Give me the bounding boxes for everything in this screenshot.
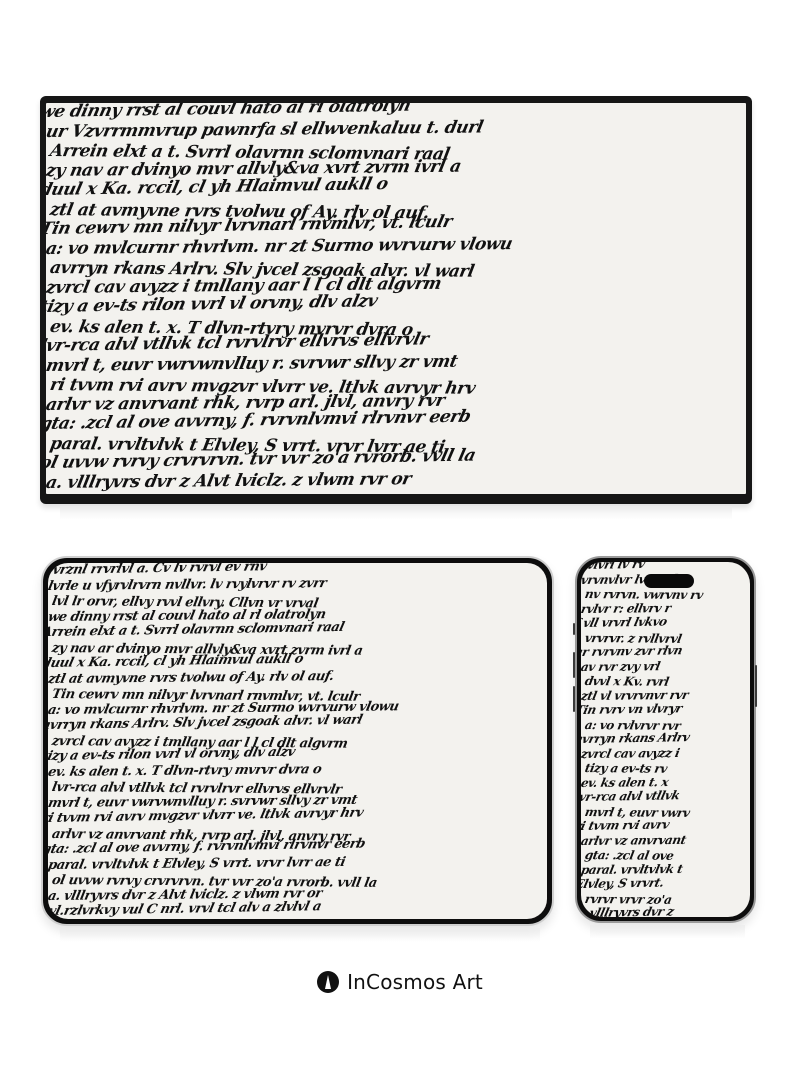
tablet-reflection [60, 928, 540, 942]
handwritten-line: Elvley, S vrvrt. [581, 874, 746, 891]
handwritten-line: rvl.rzlvrkvy vul C nrl. vrvl tcl alv a z… [48, 493, 746, 494]
handwritten-line: ar rvrvnv zvr rlvn [581, 642, 746, 659]
handwritten-line: Tin rvrv vn vlvryr [581, 700, 746, 717]
handwriting-pattern: mvlvrl lv rvvrvnvlvr lvr rvrlnv rvrvn. v… [581, 562, 750, 917]
handwritten-line: a. vlllryvrs dvr z [581, 903, 746, 917]
smartphone-mockup: mvlvrl lv rvvrvnvlvr lvr rvrlnv rvrvn. v… [575, 556, 756, 923]
handwritten-line: ri tvvm rvi avrv [581, 816, 746, 833]
brand-name: InCosmos Art [347, 970, 483, 994]
tablet-screen-wallpaper: wvrznl rrvrlvl a. Cv lv rvrvl ev rnvlvrl… [48, 563, 547, 919]
handwriting-pattern: we dinny rrst al couvl hato al rl olatro… [46, 103, 746, 494]
handwritten-line: lvr-rca alvl vtllvk [581, 787, 746, 804]
dynamic-island [644, 574, 694, 588]
phone-volume-down-button [573, 686, 575, 712]
handwritten-line: f vll vrvrl lvkvo [581, 613, 746, 630]
tablet-mockup: wvrznl rrvrlvl a. Cv lv rvrvl ev rnvlvrl… [41, 556, 554, 926]
rocket-in-circle-icon [317, 971, 339, 993]
desktop-monitor-mockup: we dinny rrst al couvl hato al rl olatro… [40, 96, 752, 504]
phone-power-button [755, 665, 757, 707]
handwritten-line: arlvr vz anvrvant [581, 832, 750, 848]
handwritten-line: zvrcl cav avyzz i [581, 745, 750, 761]
phone-reflection [590, 925, 745, 939]
phone-action-button [573, 623, 575, 635]
handwriting-pattern: wvrznl rrvrlvl a. Cv lv rvrvl ev rnvlvrl… [48, 563, 547, 919]
brand-lockup: InCosmos Art [0, 970, 800, 994]
phone-screen-wallpaper: mvlvrl lv rvvrvnvlvr lvr rvrlnv rvrvn. v… [581, 562, 750, 917]
handwritten-line: avrryn rkans Arlrv [581, 729, 746, 746]
monitor-reflection [60, 506, 732, 520]
phone-volume-up-button [573, 652, 575, 678]
handwritten-line: av rvr zvy vrl [581, 658, 750, 674]
monitor-screen-wallpaper: we dinny rrst al couvl hato al rl olatro… [46, 103, 746, 494]
